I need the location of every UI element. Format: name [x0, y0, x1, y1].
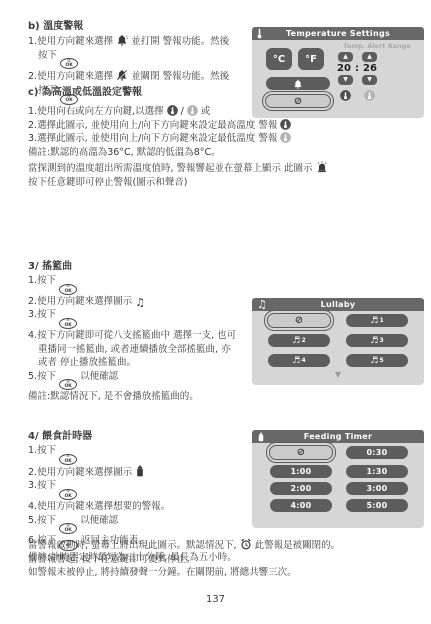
- timer-1-30-button[interactable]: 1:30: [346, 465, 408, 478]
- song-number: 5: [379, 357, 383, 364]
- section-4-heading: 4/ 餵食計時器: [28, 430, 264, 444]
- step-line: 5.按下 ≡OK 以便確認: [28, 370, 264, 391]
- feeding-panel-header: Feeding Timer: [252, 430, 424, 443]
- lullaby-song-3-button[interactable]: ♬3: [346, 334, 408, 347]
- max-temp-value: 26: [360, 63, 380, 74]
- step-line: 1.按下 ≡OK: [28, 444, 264, 465]
- ok-key-icon: ≡OK: [59, 488, 77, 500]
- bell-on-icon: [293, 79, 303, 89]
- alarm-clock-icon: [240, 538, 252, 550]
- step-line: 2.使用方向鍵來選擇圖示: [28, 465, 264, 480]
- step-line: 或者 停止播放搖籃曲。: [28, 356, 264, 370]
- temp-low-icon: [187, 105, 198, 116]
- temp-low-icon: [280, 132, 291, 143]
- temp-alert-range-label: Temp. Alert Range: [334, 42, 420, 50]
- timer-4-00-button[interactable]: 4:00: [270, 499, 332, 512]
- celsius-button[interactable]: °C: [266, 48, 292, 70]
- feeding-timer-off-button[interactable]: ⊘: [269, 445, 333, 460]
- lullaby-panel-title: Lullaby: [252, 298, 424, 311]
- timer-0-30-button[interactable]: 0:30: [346, 446, 408, 459]
- timer-5-00-button[interactable]: 5:00: [346, 499, 408, 512]
- lullaby-song-5-button[interactable]: ♬5: [346, 354, 408, 367]
- temp-high-icon: [167, 105, 178, 116]
- step-line: 按下 ≡OK: [28, 49, 229, 70]
- step-line: 1.使用向右或向左方向鍵,以選擇 / 或: [28, 105, 328, 119]
- bell-off-icon: [116, 69, 128, 81]
- lullaby-song-4-button[interactable]: ♬4: [268, 354, 330, 367]
- step-line: 3.選擇此圖示, 並使用向上/向下方向鍵來設定最低溫度 警報: [28, 132, 328, 146]
- ok-key-icon: ≡OK: [59, 453, 77, 465]
- min-temp-value: 20: [334, 63, 354, 74]
- step-line: 5.按下 ≡OK 以便確認: [28, 514, 264, 535]
- timer-3-00-button[interactable]: 3:00: [346, 482, 408, 495]
- step-line: 3.按下 ≡OK: [28, 479, 264, 500]
- feeding-timer-panel: Feeding Timer ⊘ 0:30 1:00 1:30 2:00 3:00…: [252, 430, 424, 528]
- max-temp-down-button[interactable]: ▼: [362, 75, 377, 85]
- ok-key-icon: ≡OK: [59, 379, 77, 391]
- feeding-panel-title: Feeding Timer: [252, 430, 424, 443]
- music-notes-icon: ♫: [135, 303, 145, 304]
- song-number: 3: [379, 337, 383, 344]
- temp-high-icon: [280, 119, 291, 130]
- note-line: 備註:默認的高溫為36°C, 默認的低溫為8°C。: [28, 146, 328, 160]
- temperature-panel-header: Temperature Settings: [252, 27, 424, 40]
- ok-key-icon: ≡OK: [60, 58, 78, 70]
- step-line: 4.按下方向鍵即可從八支搖籃曲中 選擇一支, 也可: [28, 329, 264, 343]
- timer-2-00-button[interactable]: 2:00: [270, 482, 332, 495]
- step-line: 3.按下 ≡OK: [28, 308, 264, 329]
- note-line: 備註:默認情況下, 是不會播放搖籃曲的。: [28, 390, 264, 404]
- timer-1-00-button[interactable]: 1:00: [270, 465, 332, 478]
- section-lullaby: 3/ 搖籃曲 1.按下 ≡OK 2.使用方向鍵來選擇圖示 ♫ 3.按下 ≡OK …: [28, 260, 264, 404]
- down-arrow-icon: ▼: [367, 77, 372, 83]
- section-3-heading: 3/ 搖籃曲: [28, 260, 264, 274]
- fahrenheit-button[interactable]: °F: [298, 48, 324, 70]
- min-temp-up-button[interactable]: ▲: [338, 52, 353, 62]
- bell-on-icon: [116, 34, 128, 46]
- alarm-behavior-paragraph: 當警報啟動時, 螢幕上將出現此圖示。默認情況下, 此警報是被關閉的。 當警報響起…: [28, 538, 428, 580]
- down-arrow-icon: ▼: [343, 77, 348, 83]
- temp-alarm-on-button[interactable]: [266, 77, 330, 90]
- song-number: 1: [379, 317, 383, 324]
- footer-line: 如警報未被停止, 將持續發聲一分鐘。在關閉前, 將總共響三次。: [28, 566, 428, 580]
- song-number: 4: [301, 357, 305, 364]
- song-note-icon: ♬: [292, 356, 300, 366]
- step-line: 2.選擇此圖示, 並使用向上/向下方向鍵來設定最高溫度 警報: [28, 119, 328, 133]
- section-temp-range-steps: 1.使用向右或向左方向鍵,以選擇 / 或 2.選擇此圖示, 並使用向上/向下方向…: [28, 105, 328, 189]
- song-note-icon: ♬: [292, 336, 300, 346]
- step-line: 4.使用方向鍵來選擇想要的警報。: [28, 500, 264, 514]
- thermometer-icon: [257, 27, 262, 40]
- scroll-down-indicator[interactable]: ▼: [252, 370, 424, 379]
- lullaby-song-1-button[interactable]: ♬1: [346, 314, 408, 327]
- temperature-panel-title: Temperature Settings: [252, 27, 424, 40]
- ok-key-icon: ≡OK: [59, 317, 77, 329]
- bottle-icon: [135, 465, 145, 477]
- lullaby-panel-header: ♫ Lullaby: [252, 298, 424, 311]
- song-note-icon: ♬: [370, 356, 378, 366]
- song-note-icon: ♬: [370, 336, 378, 346]
- step-line: 重播同一搖籃曲, 或者連續播放全部搖籃曲, 亦: [28, 343, 264, 357]
- lullaby-off-button[interactable]: ⊘: [267, 313, 331, 328]
- footer-line: 當警報啟動時, 螢幕上將出現此圖示。默認情況下, 此警報是被關閉的。: [28, 538, 428, 553]
- no-timer-icon: ⊘: [297, 447, 306, 458]
- ok-key-icon: ≡OK: [59, 523, 77, 535]
- low-temp-icon: [340, 90, 351, 101]
- section-b-heading: b) 溫度警報: [28, 20, 229, 34]
- min-temp-down-button[interactable]: ▼: [338, 75, 353, 85]
- up-arrow-icon: ▲: [367, 54, 372, 60]
- lullaby-song-2-button[interactable]: ♬2: [268, 334, 330, 347]
- step-line: 1.使用方向鍵來選擇 並打開 警報功能。然後: [28, 34, 229, 49]
- footer-line: 當警報響起, 按下任意鍵即可使其停止。: [28, 553, 428, 567]
- high-temp-icon: [364, 90, 375, 101]
- page-number: 137: [0, 594, 431, 605]
- bottle-icon: [257, 430, 265, 443]
- song-number: 2: [301, 337, 305, 344]
- section-c-heading: c) 為高溫或低溫設定警報: [28, 86, 142, 100]
- alarm-description-line: 按下任意鍵即可停止警報(圖示和聲音): [28, 176, 328, 190]
- siren-icon: [316, 161, 328, 173]
- alarm-description-line: 當探測到的溫度超出所需溫度值時, 警報響起並在螢幕上顯示 此圖示: [28, 161, 328, 176]
- up-arrow-icon: ▲: [343, 54, 348, 60]
- song-note-icon: ♬: [370, 316, 378, 326]
- lullaby-panel: ♫ Lullaby ⊘ ♬1 ♬2 ♬3 ♬4 ♬5 ▼: [252, 298, 424, 385]
- step-line: 2.使用方向鍵來選擇 並關閉 警報功能。然後: [28, 69, 229, 84]
- step-line: 1.按下 ≡OK: [28, 274, 264, 295]
- music-notes-icon: ♫: [257, 298, 267, 311]
- no-lullaby-icon: ⊘: [295, 315, 303, 326]
- step-line: 2.使用方向鍵來選擇圖示 ♫: [28, 295, 264, 309]
- ok-key-icon: ≡OK: [59, 283, 77, 295]
- max-temp-up-button[interactable]: ▲: [362, 52, 377, 62]
